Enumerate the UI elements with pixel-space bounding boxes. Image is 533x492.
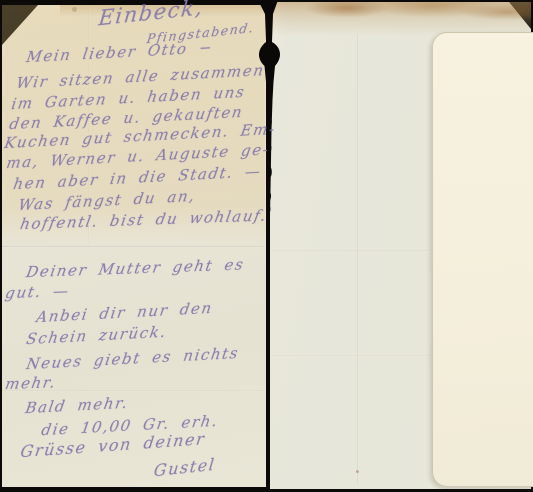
letter-salutation: Mein lieber Otto − <box>25 38 214 66</box>
letter-line: gut. — <box>4 282 72 302</box>
letter-closing-line: Bald mehr. <box>24 394 130 418</box>
letter-line: Neues giebt es nichts <box>25 344 240 373</box>
letter-line: Anbei dir nur den <box>35 299 214 326</box>
scanned-letter-photo: Einbeck, Pfingstabend. Mein lieber Otto … <box>0 0 533 492</box>
letter-line: Schein zurück. <box>25 323 168 349</box>
letter-line: Deiner Mutter geht es <box>25 255 246 281</box>
handwriting-layer: Einbeck, Pfingstabend. Mein lieber Otto … <box>0 0 533 492</box>
letter-signature: Gustel <box>153 455 217 481</box>
letter-line: mehr. <box>4 373 58 393</box>
